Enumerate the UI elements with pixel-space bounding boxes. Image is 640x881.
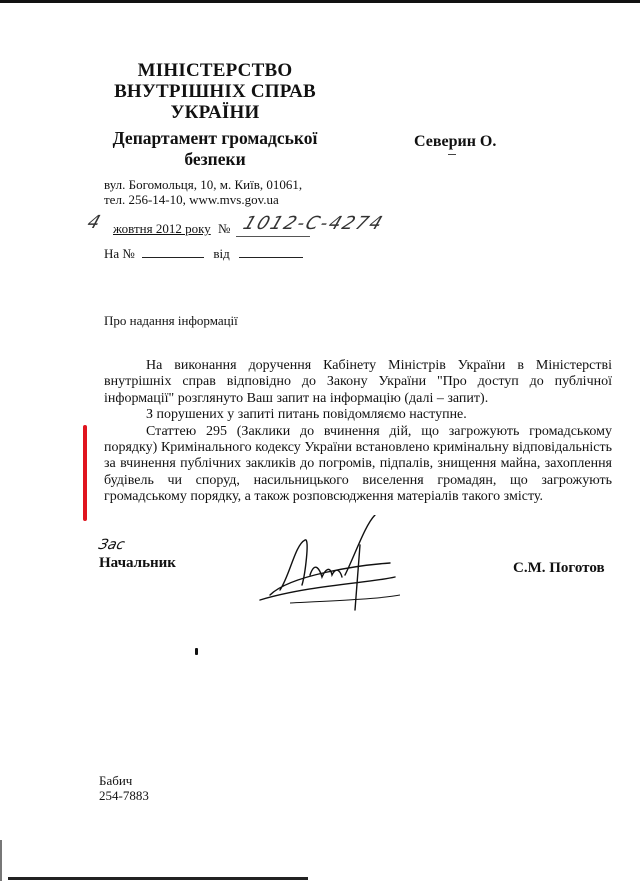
reference-line: На № від bbox=[104, 245, 303, 262]
executor-block: Бабич 254-7883 bbox=[99, 773, 149, 803]
reference-date-blank bbox=[239, 245, 303, 258]
ministry-name: МІНІСТЕРСТВО ВНУТРІШНІХ СПРАВ УКРАЇНИ bbox=[100, 60, 330, 123]
executor-phone: 254-7883 bbox=[99, 788, 149, 803]
recipient-name: Северин О. bbox=[414, 133, 496, 151]
signer-name: С.М. Поготов bbox=[513, 560, 605, 577]
department-line: безпеки bbox=[80, 149, 350, 170]
letter-body: На виконання доручення Кабінету Міністрі… bbox=[104, 358, 612, 506]
scan-artifact bbox=[195, 648, 198, 655]
address-block: вул. Богомольця, 10, м. Київ, 01061, тел… bbox=[104, 177, 302, 207]
handwritten-deputy-prefix: Зас bbox=[97, 537, 127, 553]
reference-label: На № bbox=[104, 246, 135, 261]
scan-edge-top bbox=[0, 0, 640, 3]
registration-number-underline bbox=[236, 236, 310, 237]
highlight-bar bbox=[83, 425, 87, 521]
handwritten-signature-icon bbox=[250, 515, 400, 615]
date-month-year: жовтня 2012 року bbox=[113, 221, 211, 237]
scan-edge-left bbox=[0, 840, 2, 881]
scan-edge-bottom bbox=[8, 877, 308, 880]
signer-position: Начальник bbox=[99, 555, 176, 572]
recipient-mark bbox=[448, 154, 456, 155]
ministry-line: УКРАЇНИ bbox=[100, 102, 330, 123]
handwritten-day: 4 bbox=[85, 212, 104, 233]
body-paragraph: З порушених у запиті питань повідомляємо… bbox=[104, 407, 612, 423]
body-paragraph: На виконання доручення Кабінету Міністрі… bbox=[104, 358, 612, 407]
subject-line: Про надання інформації bbox=[104, 313, 238, 329]
executor-name: Бабич bbox=[99, 773, 149, 788]
address-line: вул. Богомольця, 10, м. Київ, 01061, bbox=[104, 177, 302, 192]
department-line: Департамент громадської bbox=[80, 128, 350, 149]
ministry-line: МІНІСТЕРСТВО bbox=[100, 60, 330, 81]
handwritten-registration-number: 1012-С-4274 bbox=[240, 213, 387, 234]
reference-number-blank bbox=[142, 245, 204, 258]
body-paragraph-highlighted: Статтею 295 (Заклики до вчинення дій, що… bbox=[104, 424, 612, 506]
number-label: № bbox=[218, 221, 230, 237]
department-name: Департамент громадської безпеки bbox=[80, 128, 350, 170]
contact-line: тел. 256-14-10, www.mvs.gov.ua bbox=[104, 192, 302, 207]
reference-from-label: від bbox=[213, 246, 229, 261]
ministry-line: ВНУТРІШНІХ СПРАВ bbox=[100, 81, 330, 102]
